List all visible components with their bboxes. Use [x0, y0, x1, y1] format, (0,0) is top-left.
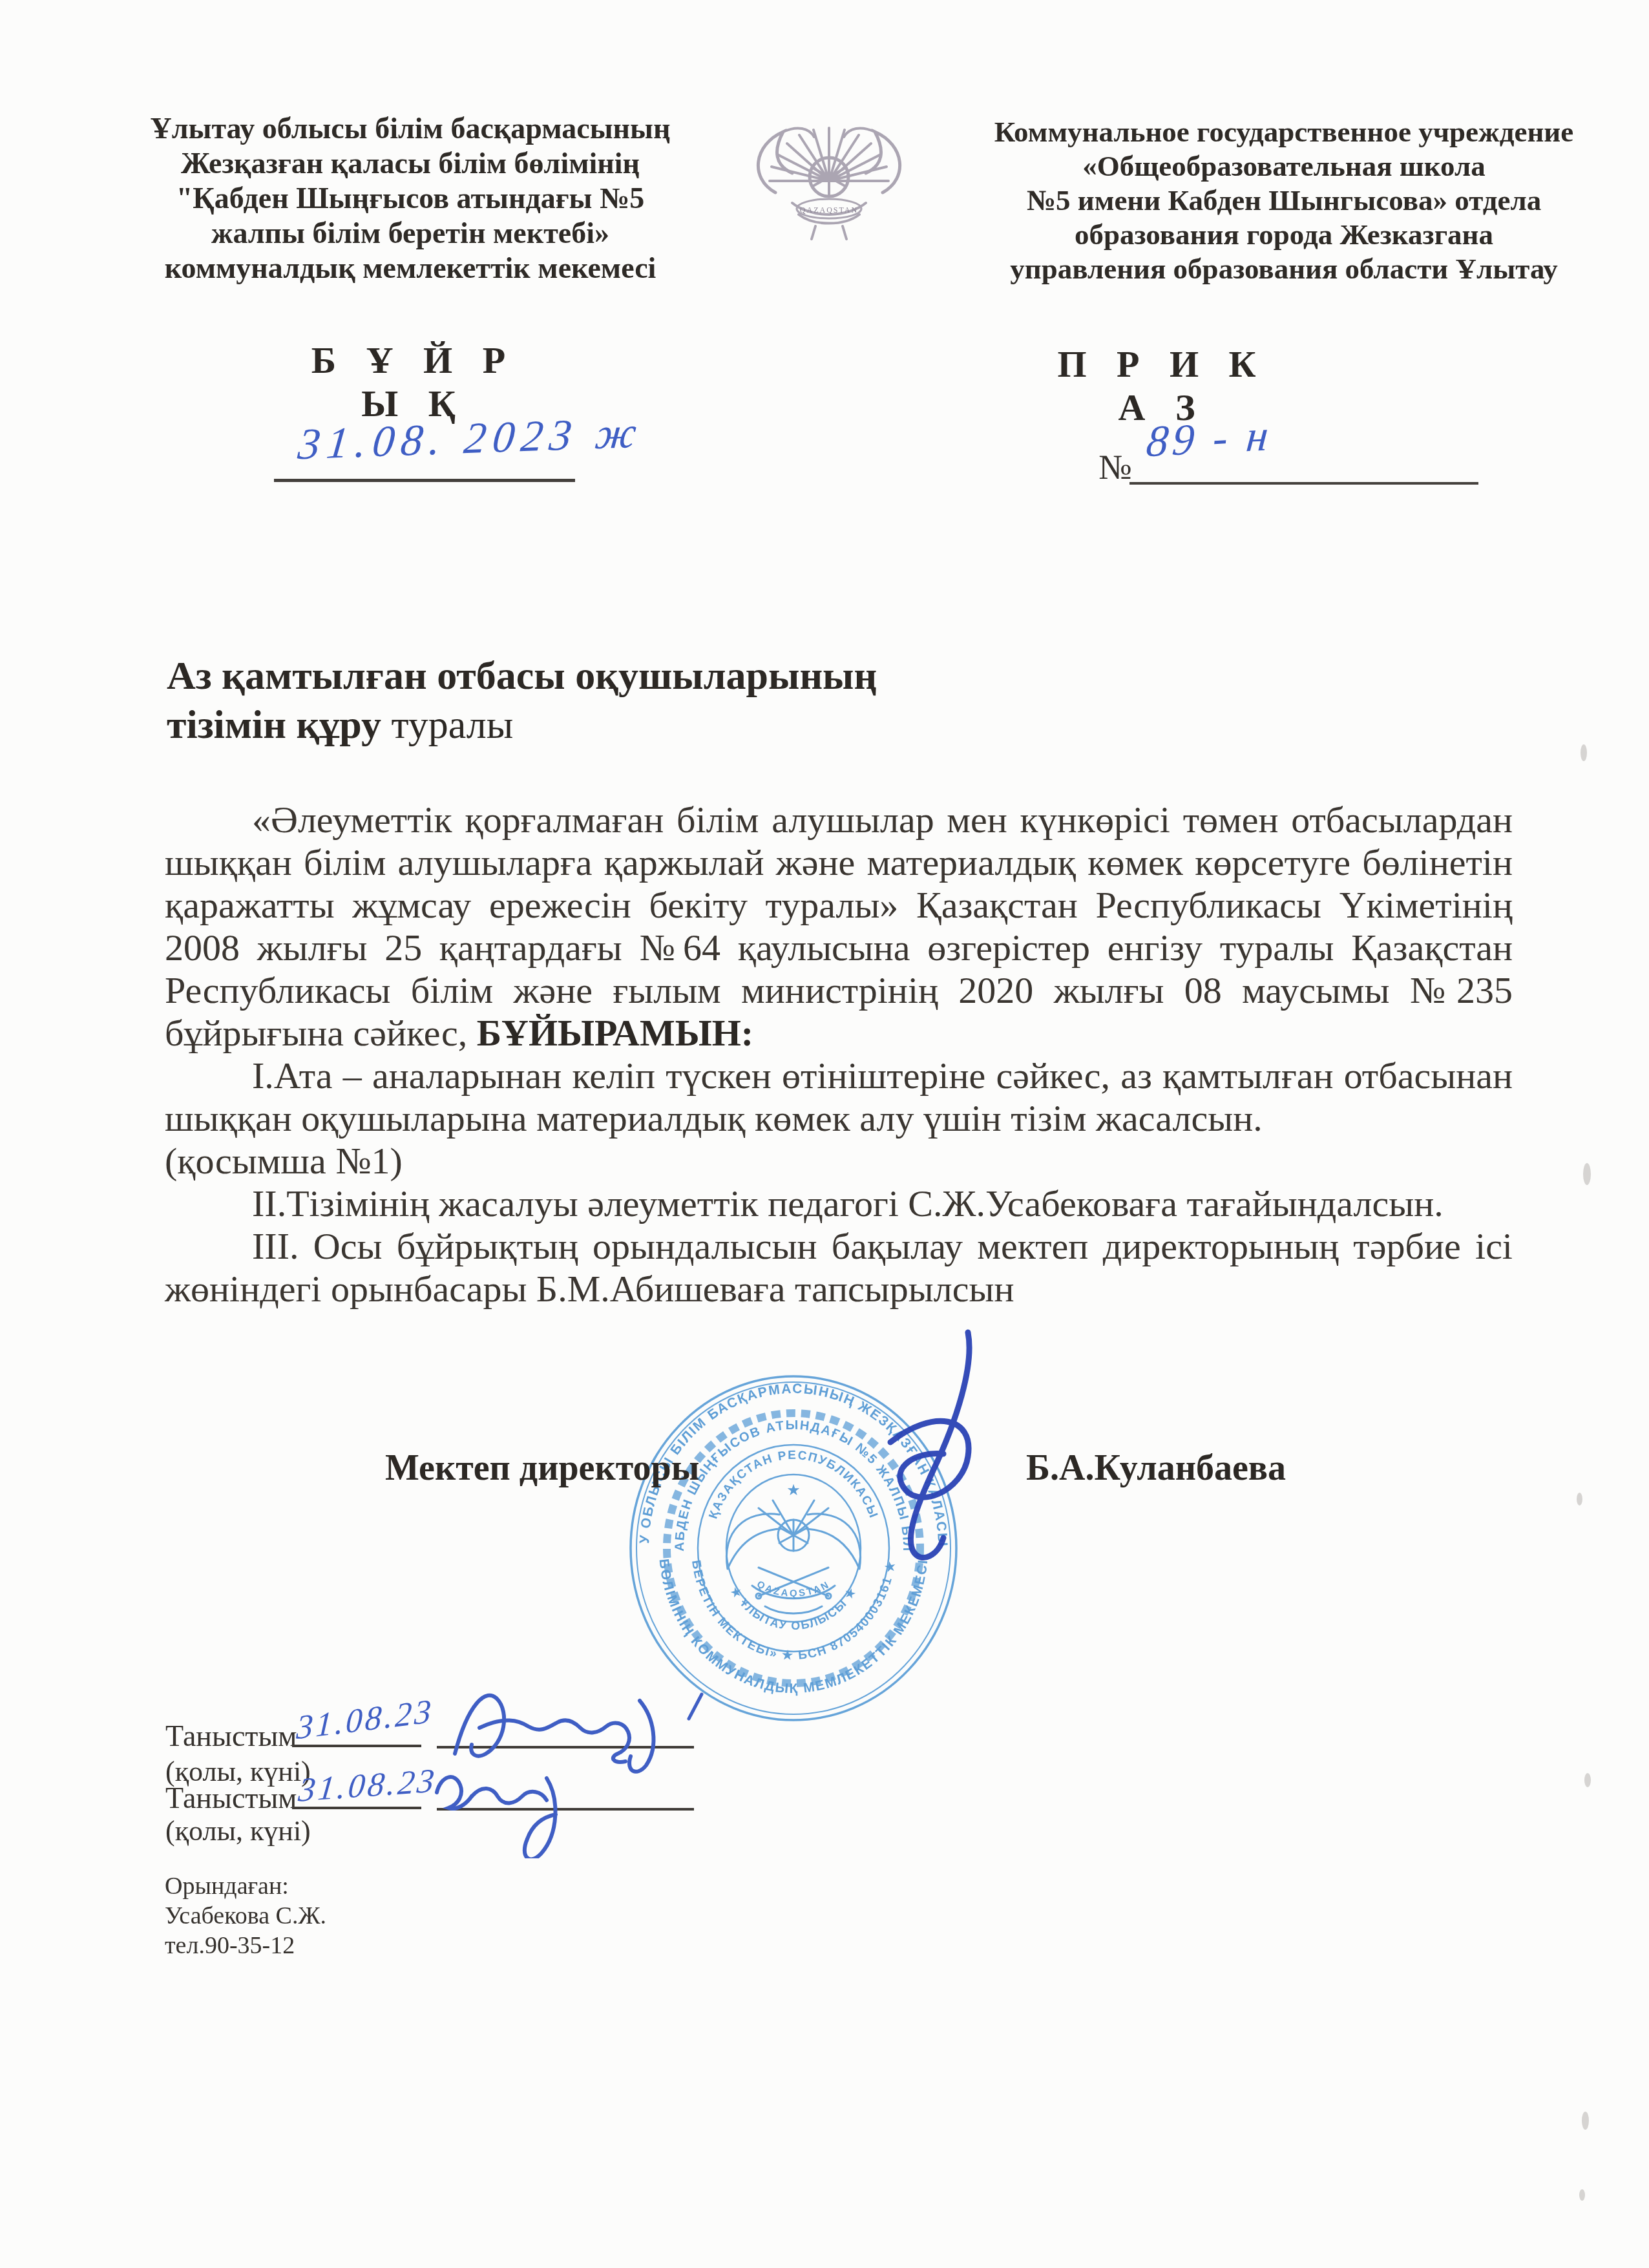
- subject-regular-part: туралы: [381, 703, 513, 747]
- ack-signature-ink-2: [426, 1761, 614, 1858]
- handwritten-ack-date-1: 31.08.23: [295, 1692, 435, 1748]
- signature-date-caption-2: (қолы, күні): [165, 1814, 311, 1847]
- order-verb-bold: БҰЙЫРАМЫН:: [477, 1012, 753, 1054]
- preamble-text: «Әлеуметтік қорғалмаған білім алушылар м…: [165, 799, 1513, 1054]
- org-line: управления образования области Ұлытау: [977, 252, 1591, 286]
- executor-phone: тел.90-35-12: [165, 1931, 326, 1960]
- org-line: «Общеобразовательная школа: [977, 149, 1591, 184]
- subject-line: тізімін құру туралы: [167, 700, 1071, 750]
- org-line: Жезқазған қаласы білім бөлімінің: [120, 146, 701, 181]
- order-subject: Аз қамтылған отбасы оқушыларының тізімін…: [167, 651, 1071, 750]
- handwritten-ack-date-2: 31.08.23: [297, 1761, 439, 1810]
- svg-text:★: ★: [786, 1482, 801, 1499]
- ack-underline: [292, 1807, 421, 1809]
- executor-block: Орындаған: Усабекова С.Ж. тел.90-35-12: [165, 1871, 326, 1960]
- scan-artifact: [1582, 2112, 1589, 2130]
- letterhead-russian: Коммунальное государственное учреждение …: [977, 115, 1591, 286]
- acknowledged-label-1: Таныстым: [165, 1719, 297, 1753]
- svg-text:БЕРЕТІН МЕКТЕБІ» ★ БСН 8705400: БЕРЕТІН МЕКТЕБІ» ★ БСН 870540003161 ★: [689, 1559, 898, 1663]
- emblem-banner-label: QAZAQSTAN: [800, 205, 858, 215]
- signature-role-label: Мектеп директоры: [385, 1447, 699, 1489]
- executor-name: Усабекова С.Ж.: [165, 1901, 326, 1931]
- org-line: коммуналдық мемлекеттік мекемесі: [120, 251, 701, 286]
- ack-underline: [292, 1745, 421, 1747]
- paragraph-item-3: ІІІ. Осы бұйрықтың орындалысын бақылау м…: [165, 1225, 1513, 1310]
- scan-artifact: [1577, 1493, 1582, 1506]
- paragraph-annex-note: (қосымша №1): [165, 1140, 1513, 1182]
- date-underline: [274, 479, 575, 482]
- subject-line: Аз қамтылған отбасы оқушыларының: [167, 651, 1071, 700]
- number-sign: №: [1098, 447, 1132, 487]
- order-body: «Әлеуметтік қорғалмаған білім алушылар м…: [165, 799, 1513, 1310]
- scan-artifact: [1581, 744, 1587, 761]
- org-line: Коммунальное государственное учреждение: [977, 115, 1591, 149]
- executor-label: Орындаған:: [165, 1871, 326, 1901]
- scanned-order-document: Ұлытау облысы білім басқармасының Жезқаз…: [0, 0, 1649, 2268]
- paragraph-preamble: «Әлеуметтік қорғалмаған білім алушылар м…: [165, 799, 1513, 1055]
- stamp-ring-middle-bottom-text: БЕРЕТІН МЕКТЕБІ» ★ БСН 870540003161 ★: [689, 1559, 898, 1663]
- scan-artifact: [1583, 1163, 1591, 1185]
- signature-name-label: Б.А.Куланбаева: [1026, 1447, 1286, 1489]
- org-line: Ұлытау облысы білім басқармасының: [120, 111, 701, 146]
- ink-tick-mark: [684, 1690, 706, 1723]
- kazakhstan-coat-of-arms-icon: QAZAQSTAN: [735, 98, 923, 257]
- subject-bold-part: тізімін құру: [167, 703, 381, 747]
- number-underline: [1129, 482, 1478, 485]
- handwritten-order-number: 89 - н: [1144, 410, 1274, 468]
- paragraph-item-1: І.Ата – аналарынан келіп түскен өтініште…: [165, 1055, 1513, 1140]
- org-line: образования города Жезказгана: [977, 218, 1591, 252]
- org-line: №5 имени Кабден Шынгысова» отдела: [977, 184, 1591, 218]
- paragraph-item-2: ІІ.Тізімінің жасалуы әлеуметтік педагогі…: [165, 1182, 1513, 1225]
- acknowledged-label-2: Таныстым: [165, 1781, 297, 1815]
- letterhead-kazakh: Ұлытау облысы білім басқармасының Жезқаз…: [120, 111, 701, 286]
- scan-artifact: [1579, 2189, 1585, 2201]
- org-line: "Қабден Шыңғысов атындағы №5: [120, 181, 701, 216]
- org-line: жалпы білім беретін мектебі»: [120, 216, 701, 251]
- director-signature-ink: [871, 1325, 997, 1593]
- scan-artifact: [1584, 1773, 1591, 1787]
